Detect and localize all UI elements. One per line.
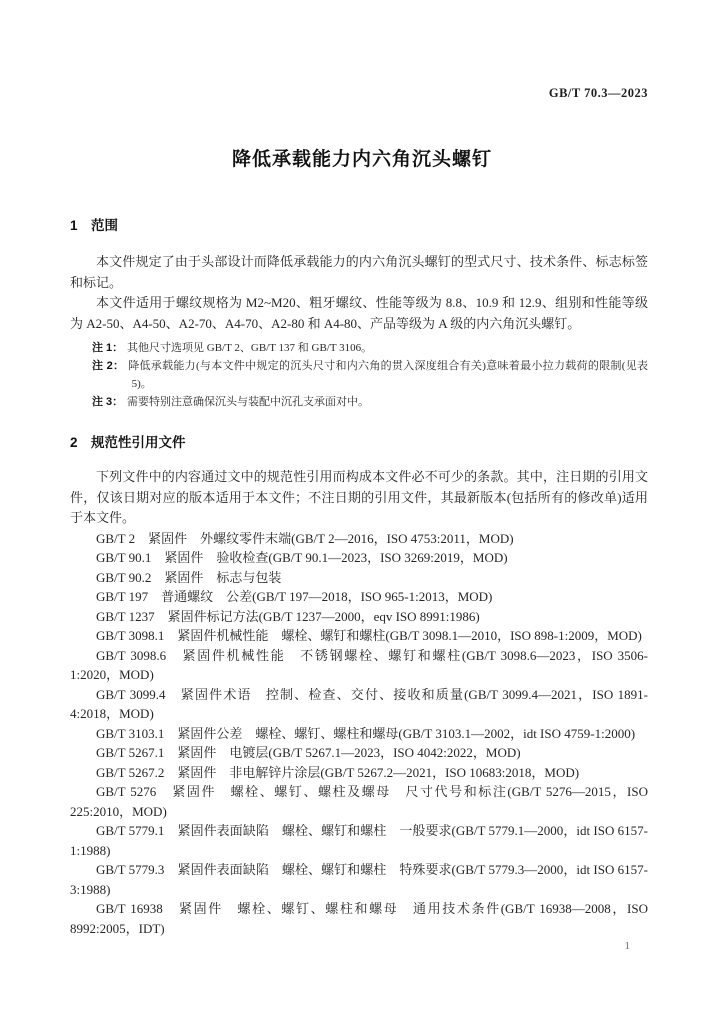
- reference-item: GB/T 1237 紧固件标记方法(GB/T 1237—2000，eqv ISO…: [70, 607, 648, 627]
- section-number: 2: [70, 435, 78, 450]
- section-number: 1: [70, 218, 78, 233]
- reference-item: GB/T 3099.4 紧固件术语 控制、检查、交付、接收和质量(GB/T 30…: [70, 685, 648, 724]
- document-body: 1范围 本文件规定了由于头部设计而降低承载能力的内六角沉头螺钉的型式尺寸、技术条…: [70, 214, 648, 938]
- reference-item: GB/T 16938 紧固件 螺栓、螺钉、螺柱和螺母 通用技术条件(GB/T 1…: [70, 899, 648, 938]
- note-text: 需要特别注意确保沉头与装配中沉孔支承面对中。: [127, 396, 369, 408]
- standard-number: GB/T 70.3—2023: [549, 86, 648, 101]
- section-heading-scope: 1范围: [70, 214, 648, 234]
- reference-item: GB/T 5779.1 紧固件表面缺陷 螺栓、螺钉和螺柱 一般要求(GB/T 5…: [70, 821, 648, 860]
- note: 注 2：降低承载能力(与本文件中规定的沉头尺寸和内六角的贯入深度组合有关)意味着…: [70, 357, 648, 393]
- reference-item: GB/T 3098.1 紧固件机械性能 螺栓、螺钉和螺柱(GB/T 3098.1…: [70, 626, 648, 646]
- references-intro: 下列文件中的内容通过文中的规范性引用而构成本文件必不可少的条款。其中，注日期的引…: [70, 467, 648, 529]
- reference-item: GB/T 197 普通螺纹 公差(GB/T 197—2018，ISO 965-1…: [70, 587, 648, 607]
- reference-item: GB/T 5267.1 紧固件 电镀层(GB/T 5267.1—2023，ISO…: [70, 743, 648, 763]
- section-title: 规范性引用文件: [91, 435, 186, 450]
- section-heading-references: 2规范性引用文件: [70, 431, 648, 451]
- reference-item: GB/T 90.1 紧固件 验收检查(GB/T 90.1—2023，ISO 32…: [70, 548, 648, 568]
- page-number: 1: [625, 940, 631, 952]
- reference-item: GB/T 90.2 紧固件 标志与包装: [70, 568, 648, 588]
- reference-item: GB/T 5267.2 紧固件 非电解锌片涂层(GB/T 5267.2—2021…: [70, 763, 648, 783]
- note-text: 降低承载能力(与本文件中规定的沉头尺寸和内六角的贯入深度组合有关)意味着最小拉力…: [128, 360, 648, 390]
- note: 注 3：需要特别注意确保沉头与装配中沉孔支承面对中。: [70, 393, 648, 411]
- note-text: 其他尺寸选项见 GB/T 2、GB/T 137 和 GB/T 3106。: [127, 342, 372, 354]
- scope-paragraph-1: 本文件规定了由于头部设计而降低承载能力的内六角沉头螺钉的型式尺寸、技术条件、标志…: [70, 252, 648, 293]
- scope-paragraph-2: 本文件适用于螺纹规格为 M2~M20、粗牙螺纹、性能等级为 8.8、10.9 和…: [70, 293, 648, 334]
- note-label: 注 3：: [92, 396, 123, 408]
- reference-list: GB/T 2 紧固件 外螺纹零件末端(GB/T 2—2016，ISO 4753:…: [70, 529, 648, 939]
- scope-notes: 注 1：其他尺寸选项见 GB/T 2、GB/T 137 和 GB/T 3106。…: [70, 339, 648, 411]
- note: 注 1：其他尺寸选项见 GB/T 2、GB/T 137 和 GB/T 3106。: [70, 339, 648, 357]
- reference-item: GB/T 3098.6 紧固件机械性能 不锈钢螺栓、螺钉和螺柱(GB/T 309…: [70, 646, 648, 685]
- section-title: 范围: [91, 218, 118, 233]
- document-page: GB/T 70.3—2023 降低承载能力内六角沉头螺钉 1范围 本文件规定了由…: [0, 0, 724, 1024]
- reference-item: GB/T 5276 紧固件 螺栓、螺钉、螺柱及螺母 尺寸代号和标注(GB/T 5…: [70, 782, 648, 821]
- reference-item: GB/T 2 紧固件 外螺纹零件末端(GB/T 2—2016，ISO 4753:…: [70, 529, 648, 549]
- document-title: 降低承载能力内六角沉头螺钉: [0, 144, 724, 171]
- note-label: 注 1：: [92, 342, 123, 354]
- reference-item: GB/T 3103.1 紧固件公差 螺栓、螺钉、螺柱和螺母(GB/T 3103.…: [70, 724, 648, 744]
- note-label: 注 2：: [92, 360, 124, 372]
- reference-item: GB/T 5779.3 紧固件表面缺陷 螺栓、螺钉和螺柱 特殊要求(GB/T 5…: [70, 860, 648, 899]
